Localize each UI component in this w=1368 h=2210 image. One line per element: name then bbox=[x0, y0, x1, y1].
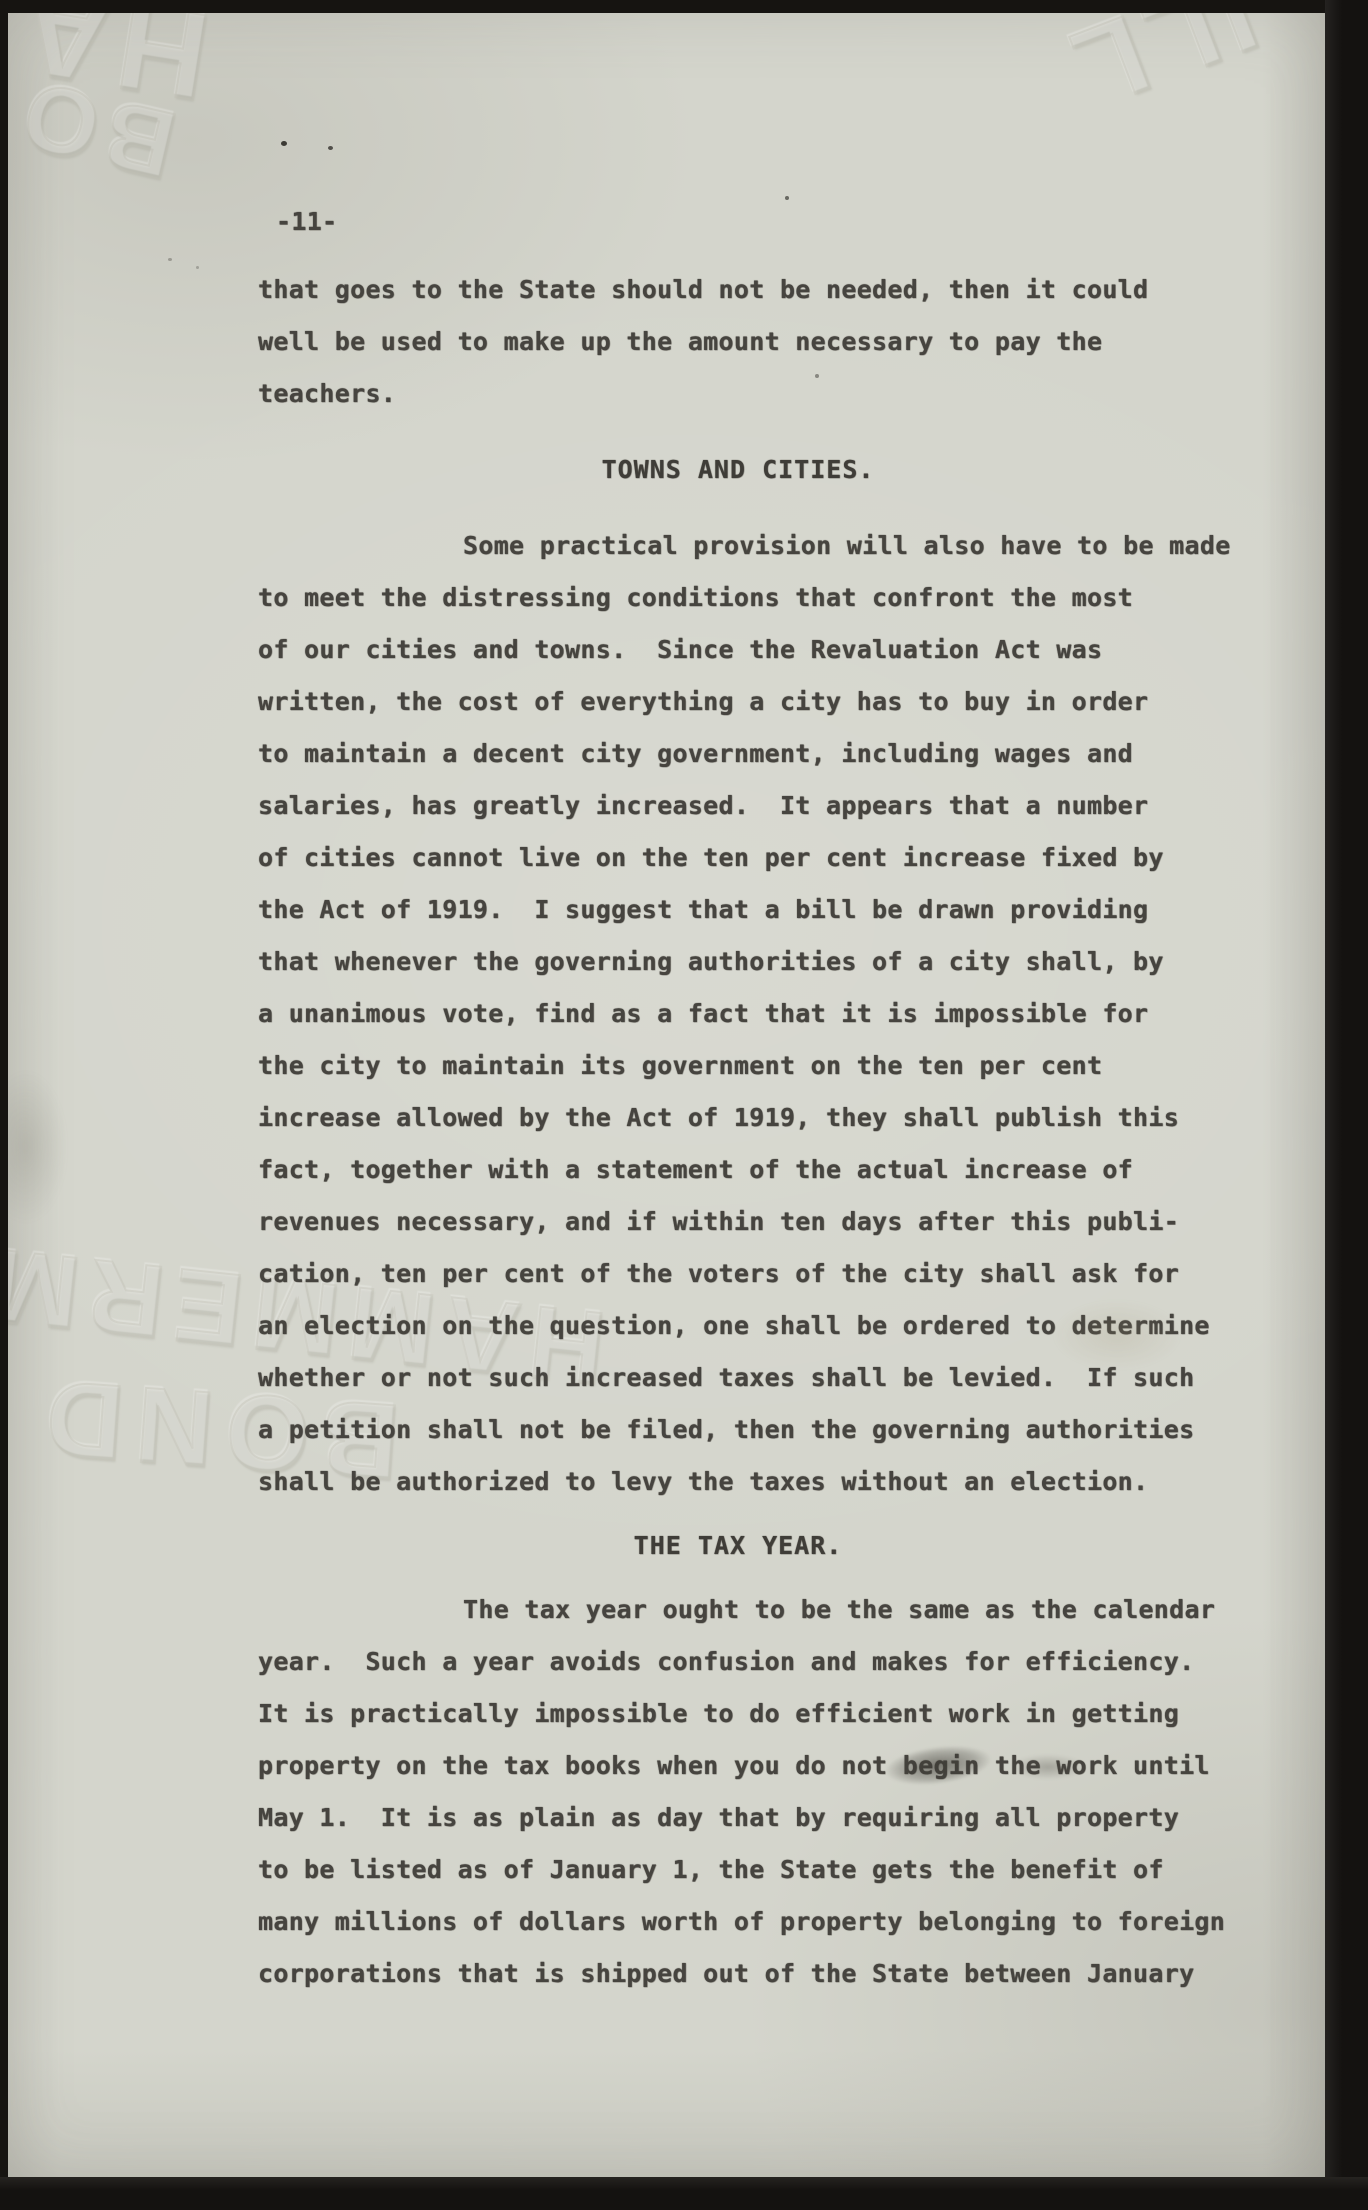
text-line: written, the cost of everything a city h… bbox=[258, 676, 1218, 728]
text-line: May 1. It is as plain as day that by req… bbox=[258, 1792, 1218, 1844]
paper-speck bbox=[815, 374, 819, 378]
text-line: It is practically impossible to do effic… bbox=[258, 1688, 1218, 1740]
paper-speck bbox=[281, 141, 287, 146]
scan-border-left bbox=[0, 0, 8, 2210]
paper-speck bbox=[785, 196, 789, 200]
text-line: of cities cannot live on the ten per cen… bbox=[258, 832, 1218, 884]
text-line: teachers. bbox=[258, 368, 1218, 420]
paper-speck bbox=[328, 146, 333, 150]
section-heading-towns-and-cities: TOWNS AND CITIES. bbox=[258, 444, 1218, 496]
paper-speck bbox=[168, 258, 172, 261]
text-line: corporations that is shipped out of the … bbox=[258, 1948, 1218, 2000]
section-heading-the-tax-year: THE TAX YEAR. bbox=[258, 1520, 1218, 1572]
text-line: The tax year ought to be the same as the… bbox=[258, 1584, 1218, 1636]
text-line: revenues necessary, and if within ten da… bbox=[258, 1196, 1218, 1248]
text-line: the city to maintain its government on t… bbox=[258, 1040, 1218, 1092]
text-line: to be listed as of January 1, the State … bbox=[258, 1844, 1218, 1896]
paragraph-the-tax-year: The tax year ought to be the same as the… bbox=[258, 1584, 1218, 2000]
text-line: that whenever the governing authorities … bbox=[258, 936, 1218, 988]
paper-stain bbox=[1052, 1300, 1182, 1370]
paper-speck bbox=[196, 266, 199, 269]
document-page: HA BO ILL HAMMERM BOND -11- that goes to… bbox=[0, 0, 1368, 2210]
text-line: a petition shall not be filed, then the … bbox=[258, 1404, 1218, 1456]
text-line: of our cities and towns. Since the Reval… bbox=[258, 624, 1218, 676]
scan-border-bottom bbox=[0, 2177, 1368, 2210]
text-line: cation, ten per cent of the voters of th… bbox=[258, 1248, 1218, 1300]
page-number: -11- bbox=[258, 196, 1218, 248]
text-line: a unanimous vote, find as a fact that it… bbox=[258, 988, 1218, 1040]
text-line: salaries, has greatly increased. It appe… bbox=[258, 780, 1218, 832]
scan-border-top bbox=[0, 0, 1368, 13]
scan-border-right bbox=[1325, 0, 1368, 2210]
text-line: fact, together with a statement of the a… bbox=[258, 1144, 1218, 1196]
text-line: year. Such a year avoids confusion and m… bbox=[258, 1636, 1218, 1688]
text-line: increase allowed by the Act of 1919, the… bbox=[258, 1092, 1218, 1144]
text-line: shall be authorized to levy the taxes wi… bbox=[258, 1456, 1218, 1508]
text-line: property on the tax books when you do no… bbox=[258, 1740, 1218, 1792]
text-line: well be used to make up the amount neces… bbox=[258, 316, 1218, 368]
text-line: to meet the distressing conditions that … bbox=[258, 572, 1218, 624]
text-line: many millions of dollars worth of proper… bbox=[258, 1896, 1218, 1948]
text-line: the Act of 1919. I suggest that a bill b… bbox=[258, 884, 1218, 936]
text-column: -11- that goes to the State should not b… bbox=[258, 196, 1218, 2000]
text-line: Some practical provision will also have … bbox=[258, 520, 1218, 572]
text-line: that goes to the State should not be nee… bbox=[258, 264, 1218, 316]
text-line: to maintain a decent city government, in… bbox=[258, 728, 1218, 780]
paragraph-continuation: that goes to the State should not be nee… bbox=[258, 264, 1218, 420]
